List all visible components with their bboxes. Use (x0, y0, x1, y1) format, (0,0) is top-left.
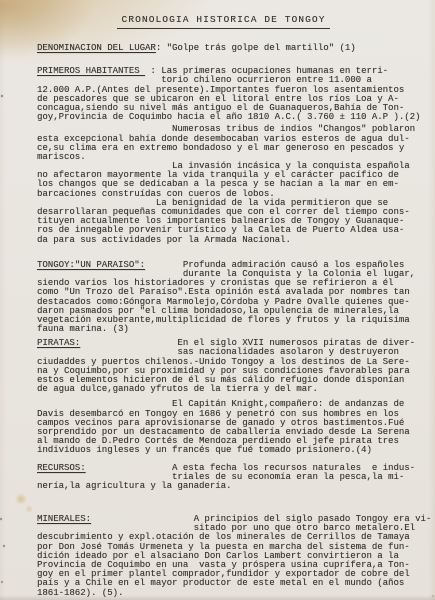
text-line: da para sus actividades por la Armada Na… (37, 236, 435, 245)
text-line: nería,la agricultura y la ganadería. (37, 482, 435, 491)
text-line: ce,su clima era en extremo bondadoso y e… (37, 144, 435, 153)
document-title-row: CRONOLOGIA HISTORICA DE TONGOY (37, 14, 410, 29)
section-minerales: MINERALES: A principios del siglo pasado… (37, 515, 435, 598)
section-tongoy-un-paraiso: TONGOY:"UN PARAISO": Profunda admiración… (37, 261, 435, 335)
scanned-document-page: CRONOLOGIA HISTORICA DE TONGOY DENOMINAC… (0, 0, 435, 598)
section-heading-recursos: RECURSOS: (37, 463, 86, 473)
text-line: de agua dulce,ganado yfrutos de la tierr… (37, 385, 435, 394)
section-heading-rest: : "Golpe trás golpe del martillo" (1) (156, 43, 356, 53)
text-line: fauna marina. (3) (37, 325, 435, 334)
section-heading-denominacion: DENOMINACION DEL LUGAR (37, 43, 156, 53)
section-recursos: RECURSOS: A esta fecha los recursos natu… (37, 464, 435, 492)
document-sections: DENOMINACION DEL LUGAR: "Golpe trás golp… (37, 44, 435, 598)
section-heading-rest: A esta fecha los recursos naturales e in… (86, 463, 415, 473)
section-primeros-habitantes: PRIMEROS HABITANTES : Las primeras ocupa… (37, 67, 435, 245)
text-line: goy,Provincia de Coquimbo hacia el año 1… (37, 113, 435, 122)
section-heading-line: DENOMINACION DEL LUGAR: "Golpe trás golp… (37, 44, 435, 53)
text-line: individuos ingleses y un francés que fué… (37, 446, 435, 455)
section-denominacion: DENOMINACION DEL LUGAR: "Golpe trás golp… (37, 44, 435, 53)
section-piratas: PIRATAS: En el siglo XVII numerosos pira… (37, 339, 435, 455)
text-line: 1861-1862). (5). (37, 589, 435, 598)
document-title: CRONOLOGIA HISTORICA DE TONGOY (117, 14, 329, 29)
